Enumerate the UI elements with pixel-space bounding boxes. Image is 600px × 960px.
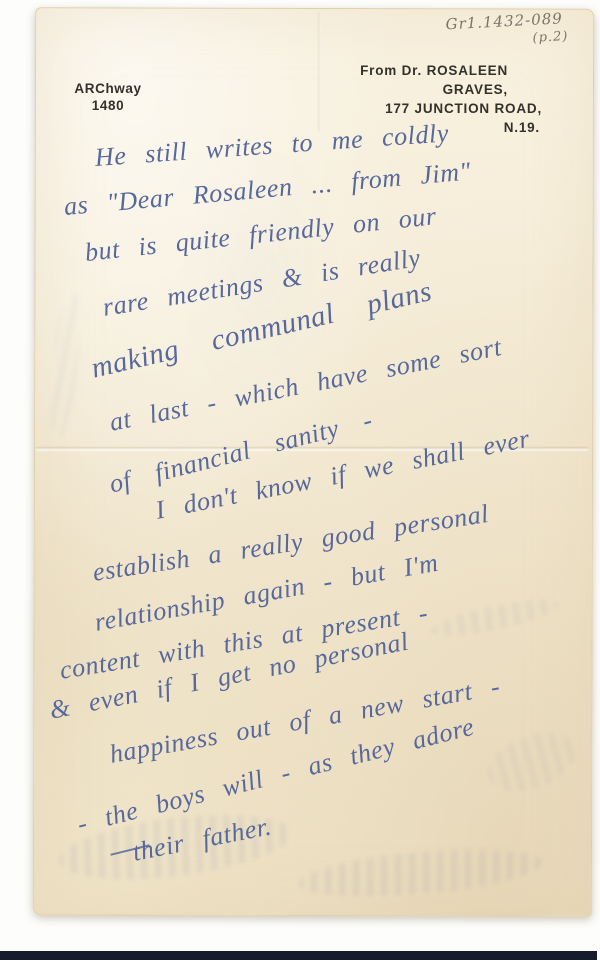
vertical-fold-crease <box>318 12 321 132</box>
letterhead-telephone-block: ARChway 1480 <box>60 80 156 114</box>
letterhead-address-block: From Dr. ROSALEEN GRAVES, 177 JUNCTION R… <box>328 61 542 137</box>
archive-reference-note: Gr1.1432-089 (p.2) <box>445 9 577 52</box>
telephone-number: 1480 <box>60 97 156 114</box>
letterhead-district-line: N.19. <box>328 118 542 137</box>
letterhead-from-line: From Dr. ROSALEEN GRAVES, <box>328 61 542 99</box>
scanned-letter-page: Gr1.1432-089 (p.2) ARChway 1480 From Dr.… <box>0 0 600 960</box>
letterhead-street-line: 177 JUNCTION ROAD, <box>328 99 542 118</box>
scan-footer-bar <box>0 951 597 960</box>
telephone-exchange: ARChway <box>60 80 156 97</box>
